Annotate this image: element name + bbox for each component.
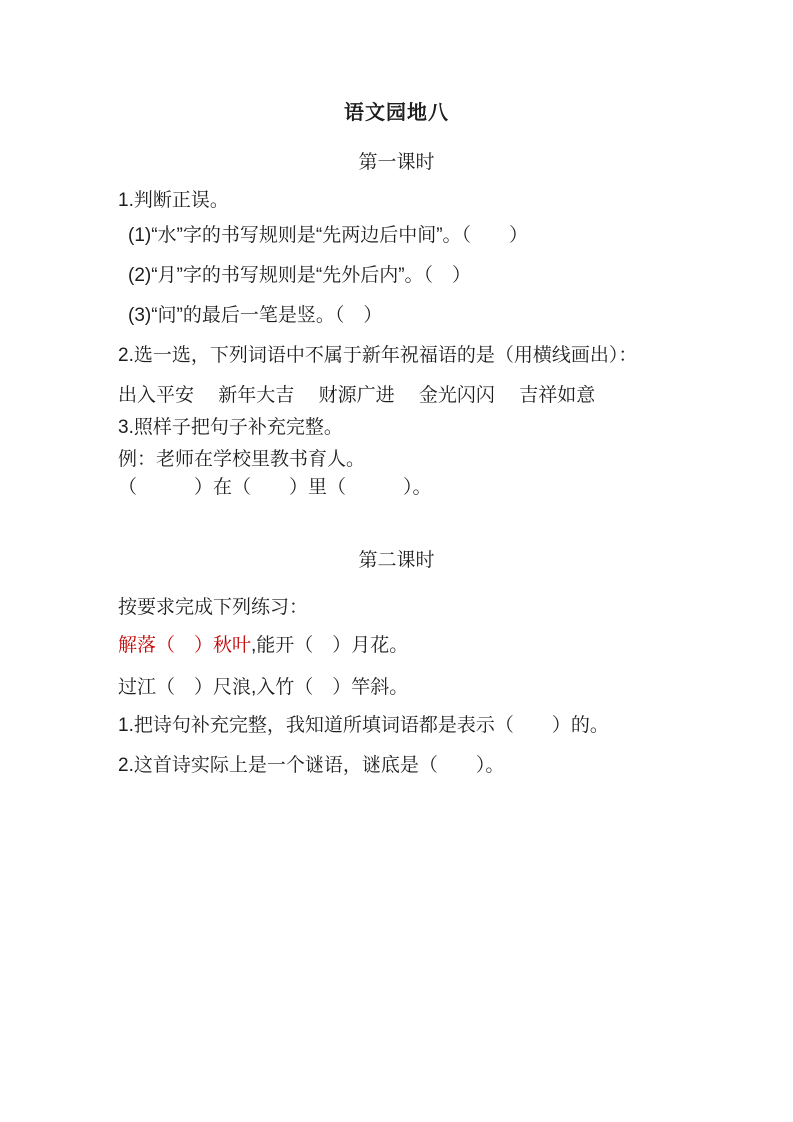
section2-question-1: 1.把诗句补充完整，我知道所填词语都是表示（ ）的。 (118, 713, 753, 739)
poem-line-1-black-part: ,能开（ ）月花。 (251, 635, 408, 656)
question-1-subitem-3: (3)“问”的最后一笔是竖。（ ） (128, 303, 753, 329)
question-1-subitem-1: (1)“水”字的书写规则是“先两边后中间”。（ ） (128, 223, 753, 249)
poem-line-1: 解落（ ）秋叶,能开（ ）月花。 (118, 633, 753, 659)
question-2-label: 2.选一选，下列词语中不属于新年祝福语的是（用横线画出）： (118, 343, 753, 369)
worksheet-page: 语文园地八 第一课时 1.判断正误。 (1)“水”字的书写规则是“先两边后中间”… (0, 0, 793, 1122)
page-title: 语文园地八 (0, 0, 793, 128)
question-3-example: 例：老师在学校里教书育人。 (118, 447, 753, 473)
section1-heading: 第一课时 (0, 150, 793, 176)
section2-question-2: 2.这首诗实际上是一个谜语，谜底是（ ）。 (118, 753, 753, 779)
option-word: 吉祥如意 (519, 385, 595, 406)
question-3-blank-line: （ ）在（ ）里（ ）。 (118, 475, 753, 501)
section2-intro: 按要求完成下列练习： (118, 595, 753, 621)
question-3-label: 3.照样子把句子补充完整。 (118, 415, 753, 441)
question-2-option-list: 出入平安 新年大吉 财源广进 金光闪闪 吉祥如意 (118, 383, 753, 409)
option-word: 新年大吉 (218, 385, 294, 406)
poem-line-2: 过江（ ）尺浪,入竹（ ）竿斜。 (118, 675, 753, 701)
question-1-label: 1.判断正误。 (118, 188, 753, 214)
option-word: 金光闪闪 (419, 385, 495, 406)
option-word: 出入平安 (118, 385, 194, 406)
section2-heading: 第二课时 (0, 548, 793, 574)
poem-line-1-red-part: 解落（ ）秋叶 (118, 635, 251, 656)
option-word: 财源广进 (319, 385, 395, 406)
question-1-subitem-2: (2)“月”字的书写规则是“先外后内”。（ ） (128, 263, 753, 289)
